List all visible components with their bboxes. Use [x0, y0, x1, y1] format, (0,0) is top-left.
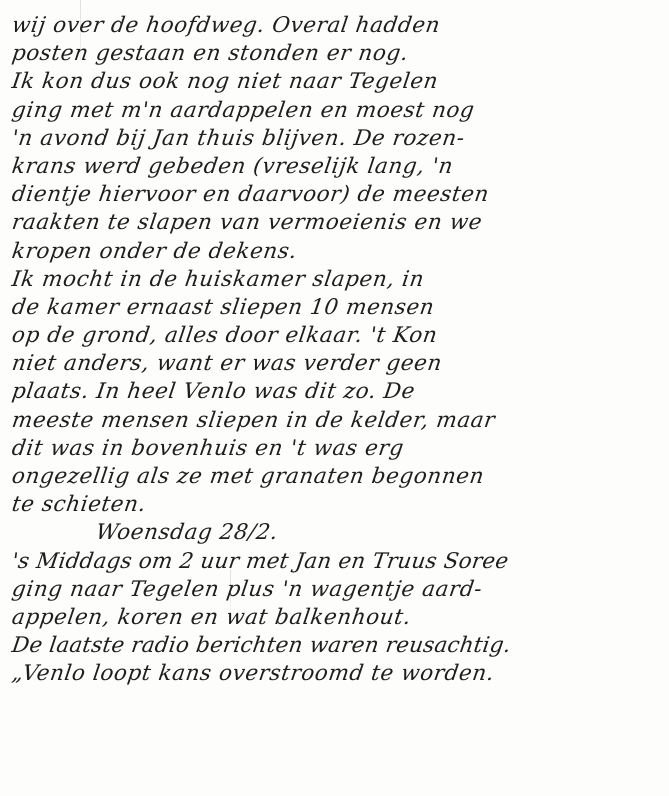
text-line: te schieten.	[10, 491, 665, 519]
text-line: kropen onder de dekens.	[10, 238, 665, 266]
text-line: ging naar Tegelen plus 'n wagentje aard-	[10, 576, 665, 604]
text-line: niet anders, want er was verder geen	[10, 350, 665, 378]
text-line: dit was in bovenhuis en 't was erg	[10, 435, 665, 463]
text-line: Ik mocht in de huiskamer slapen, in	[10, 266, 665, 294]
text-line: ging met m'n aardappelen en moest nog	[10, 97, 665, 125]
text-line: de kamer ernaast sliepen 10 mensen	[10, 294, 665, 322]
handwritten-page: wij over de hoofdweg. Overal hadden post…	[0, 0, 669, 796]
text-line: plaats. In heel Venlo was dit zo. De	[10, 378, 665, 406]
text-line: meeste mensen sliepen in de kelder, maar	[10, 407, 665, 435]
text-line: raakten te slapen van vermoeienis en we	[10, 209, 665, 237]
text-line: krans werd gebeden (vreselijk lang, 'n	[10, 153, 665, 181]
text-line: 'n avond bij Jan thuis blijven. De rozen…	[10, 125, 665, 153]
text-line: Ik kon dus ook nog niet naar Tegelen	[10, 68, 665, 96]
text-line: appelen, koren en wat balkenhout.	[10, 604, 665, 632]
text-line: „Venlo loopt kans overstroomd te worden.	[10, 660, 665, 688]
text-line: wij over de hoofdweg. Overal hadden	[10, 12, 665, 40]
text-line: 's Middags om 2 uur met Jan en Truus Sor…	[10, 548, 665, 576]
text-line: op de grond, alles door elkaar. 't Kon	[10, 322, 665, 350]
text-line: dientje hiervoor en daarvoor) de meesten	[10, 181, 665, 209]
diary-date-heading: Woensdag 28/2.	[10, 519, 665, 547]
text-line: posten gestaan en stonden er nog.	[10, 40, 665, 68]
text-line: ongezellig als ze met granaten begonnen	[10, 463, 665, 491]
handwritten-text-block: wij over de hoofdweg. Overal hadden post…	[10, 12, 661, 689]
text-line: De laatste radio berichten waren reusach…	[10, 632, 665, 660]
